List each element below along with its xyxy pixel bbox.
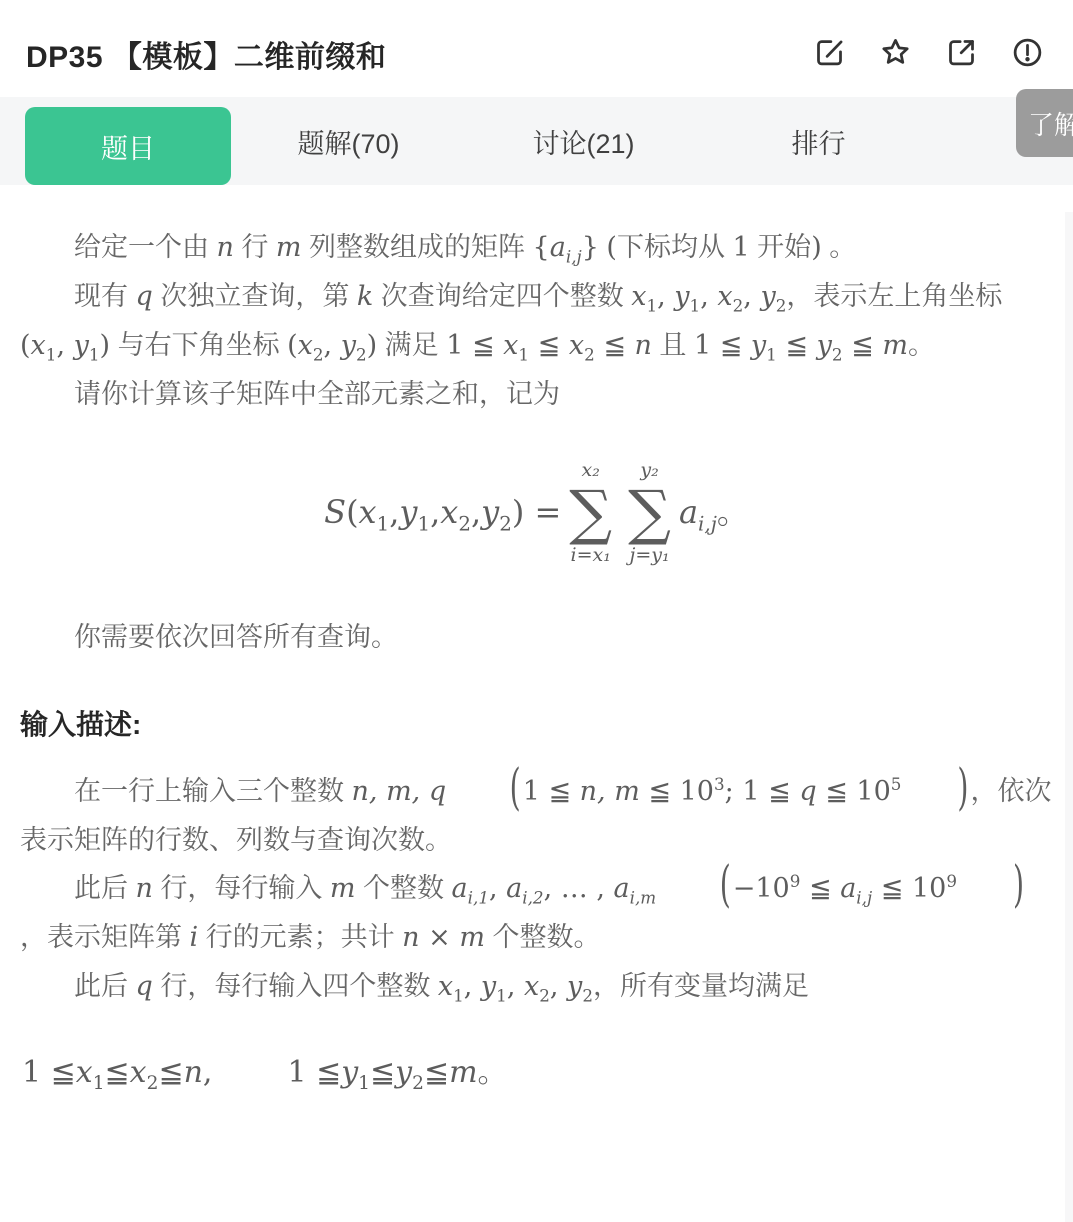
learn-more-button[interactable]: 了解 xyxy=(1016,89,1073,157)
edit-icon xyxy=(813,36,846,72)
tab-solutions[interactable]: 题解(70) xyxy=(231,97,466,185)
input-paragraph-2: 此后 n 行，每行输入 m 个整数 ai,1, ai,2, … , ai,m (… xyxy=(20,864,1053,962)
sum-formula-rhs: ai,j。 xyxy=(679,493,749,531)
sum1-lower-limit: i=x₁ xyxy=(571,543,611,568)
favorite-button[interactable] xyxy=(877,36,913,72)
tab-bar: 题目 题解(70) 讨论(21) 排行 xyxy=(0,97,1073,185)
sum-formula-lhs: S(x1, y1, x2, y2) = xyxy=(324,493,561,531)
tab-problem[interactable]: 题目 xyxy=(25,107,231,185)
sigma-icon: ∑ xyxy=(569,483,612,543)
sum-formula: S(x1, y1, x2, y2) = x₂ ∑ i=x₁ y₂ ∑ j=y₁ … xyxy=(20,458,1053,567)
tab-ranking[interactable]: 排行 xyxy=(701,97,936,185)
sigma-icon: ∑ xyxy=(628,483,671,543)
input-description-heading: 输入描述: xyxy=(20,707,1053,743)
tab-problem-label: 题目 xyxy=(101,127,155,166)
sum-operator-inner: y₂ ∑ j=y₁ xyxy=(628,458,671,567)
tab-discussion-label: 讨论(21) xyxy=(532,122,634,161)
tab-discussion[interactable]: 讨论(21) xyxy=(466,97,701,185)
sum2-lower-limit: j=y₁ xyxy=(629,543,669,568)
info-circle-icon xyxy=(1011,36,1044,72)
input-paragraph-1: 在一行上输入三个整数 n, m, q (1 ≦ n, m ≦ 103; 1 ≦ … xyxy=(20,767,1053,864)
constraints-formula: 1 ≦ x1 ≦ x2 ≦ n,1 ≦ y1 ≦ y2 ≦ m。 xyxy=(20,1055,1053,1091)
header: DP35 【模板】二维前缀和 xyxy=(0,0,1073,97)
problem-paragraph-1: 给定一个由 n 行 m 列整数组成的矩阵 {ai,j} (下标均从 1 开始) … xyxy=(20,223,1053,272)
sum-operator-outer: x₂ ∑ i=x₁ xyxy=(569,458,612,567)
report-button[interactable] xyxy=(1009,36,1045,72)
edit-button[interactable] xyxy=(811,36,847,72)
scrollbar-track[interactable] xyxy=(1065,212,1073,1222)
share-button[interactable] xyxy=(943,36,979,72)
problem-paragraph-4: 你需要依次回答所有查询。 xyxy=(20,613,1053,661)
tab-solutions-label: 题解(70) xyxy=(297,122,399,161)
header-icons xyxy=(811,36,1047,72)
external-link-icon xyxy=(945,36,978,72)
page-title: DP35 【模板】二维前缀和 xyxy=(26,32,386,76)
tab-ranking-label: 排行 xyxy=(792,122,846,161)
problem-content: 给定一个由 n 行 m 列整数组成的矩阵 {ai,j} (下标均从 1 开始) … xyxy=(0,185,1073,1091)
problem-page: DP35 【模板】二维前缀和 xyxy=(0,0,1073,1222)
input-paragraph-3: 此后 q 行，每行输入四个整数 x1, y1, x2, y2，所有变量均满足 xyxy=(20,962,1053,1011)
problem-paragraph-2: 现有 q 次独立查询，第 k 次查询给定四个整数 x1, y1, x2, y2，… xyxy=(20,272,1053,370)
problem-paragraph-3: 请你计算该子矩阵中全部元素之和，记为 xyxy=(20,370,1053,418)
star-icon xyxy=(879,36,912,72)
